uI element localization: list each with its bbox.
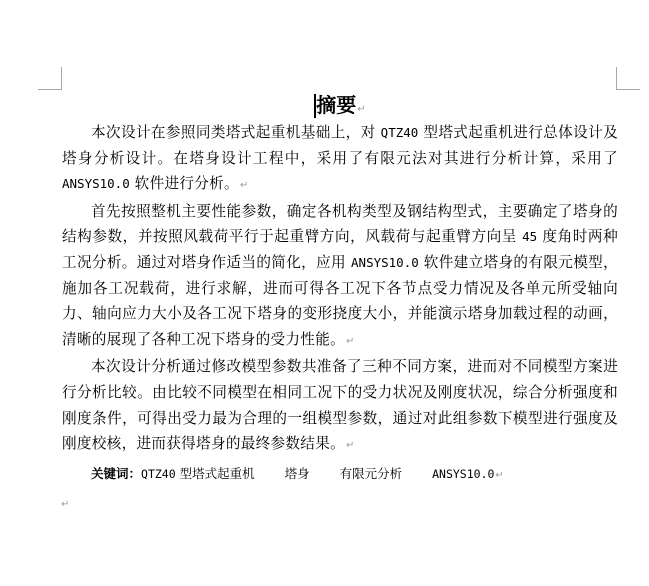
paragraph-mark-icon: ↵ — [61, 499, 69, 510]
page-margin-corner-top-left — [38, 67, 62, 90]
empty-paragraph[interactable]: ↵ — [60, 489, 618, 515]
keyword-tower-crane: 型塔式起重机 — [176, 466, 255, 481]
document-page[interactable]: 摘要↵ 本次设计在参照同类塔式起重机基础上，对 QTZ40 型塔式起重机进行总体… — [62, 90, 618, 515]
page-margin-corner-top-right — [616, 67, 640, 90]
paragraph-mark-icon: ↵ — [240, 180, 249, 191]
latin-term: ANSYS10.0 — [351, 255, 419, 270]
latin-term: QTZ40 — [381, 125, 419, 140]
abstract-paragraph-1[interactable]: 本次设计在参照同类塔式起重机基础上，对 QTZ40 型塔式起重机进行总体设计及塔… — [62, 120, 618, 199]
keyword-tower-body: 塔身 — [285, 466, 310, 481]
paragraph-mark-icon: ↵ — [346, 440, 355, 451]
keyword-qtz40-prefix: QTZ40 — [141, 467, 176, 481]
paragraph-text: 本次设计在参照同类塔式起重机基础上，对 — [91, 124, 381, 141]
paragraph-mark-icon: ↵ — [357, 104, 365, 115]
paragraph-text: 本次设计分析通过修改模型参数共准备了三种不同方案，进而对不同模型方案进行分析比较… — [62, 358, 618, 452]
abstract-heading[interactable]: 摘要↵ — [62, 90, 618, 120]
keyword-ansys: ANSYS10.0 — [432, 467, 494, 481]
keywords-line[interactable]: 关键词：QTZ40 型塔式起重机 塔身 有限元分析 ANSYS10.0↵ — [91, 461, 618, 489]
keyword-fea: 有限元分析 — [340, 466, 403, 481]
paragraph-mark-icon: ↵ — [495, 470, 503, 481]
paragraph-text: 软件进行分析。 — [130, 175, 239, 192]
abstract-paragraph-2[interactable]: 首先按照整机主要性能参数，确定各机构类型及钢结构型式，主要确定了塔身的结构参数，… — [62, 199, 618, 355]
keywords-label: 关键词： — [91, 466, 141, 481]
abstract-title: 摘要 — [316, 93, 356, 117]
latin-term: 45 — [522, 229, 537, 244]
text-cursor — [314, 94, 316, 118]
latin-term: ANSYS10.0 — [62, 176, 130, 191]
abstract-paragraph-3[interactable]: 本次设计分析通过修改模型参数共准备了三种不同方案，进而对不同模型方案进行分析比较… — [62, 354, 618, 458]
paragraph-mark-icon: ↵ — [346, 336, 355, 347]
